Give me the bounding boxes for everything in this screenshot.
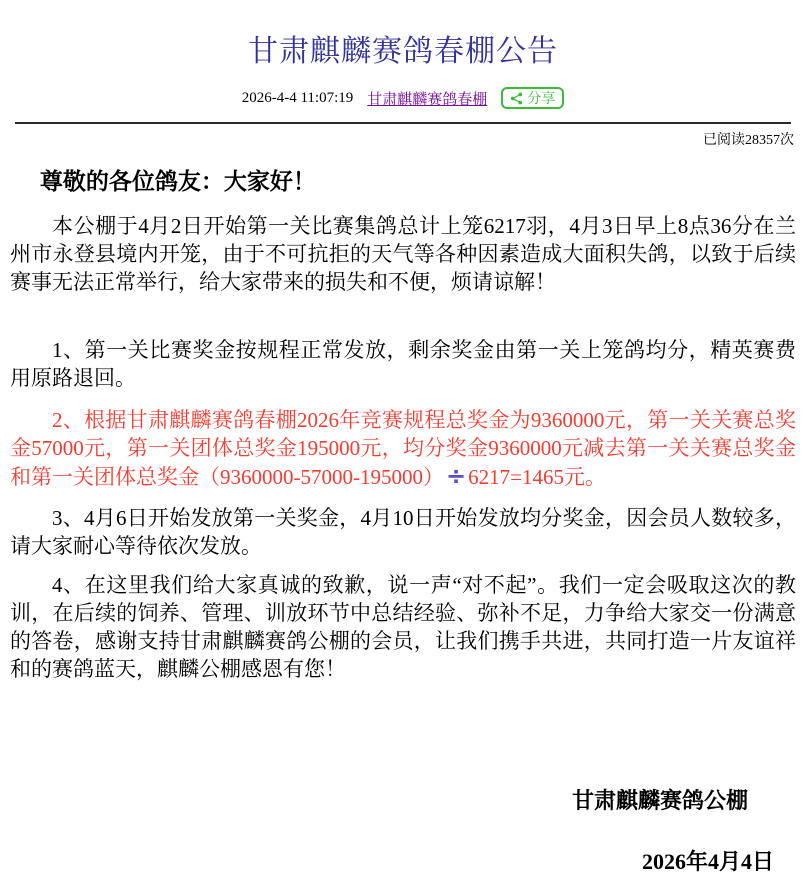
greeting: 尊敬的各位鸽友：大家好！: [10, 168, 796, 196]
share-label: 分享: [527, 90, 555, 106]
item-2-text-after: 6217=1465元。: [468, 465, 606, 489]
meta-bar: 2026-4-4 11:07:19 甘肃麒麟赛鸽春棚 分享: [0, 87, 806, 109]
read-count: 已阅读28357次: [0, 124, 806, 149]
item-2-text-before: 2、根据甘肃麒麟赛鸽春棚2026年竞赛规程总奖金为9360000元，第一关关赛总…: [10, 408, 796, 489]
post-datetime: 2026-4-4 11:07:19: [242, 90, 354, 107]
announcement-page: 甘肃麒麟赛鸽春棚公告 2026-4-4 11:07:19 甘肃麒麟赛鸽春棚: [0, 0, 806, 876]
signature: 甘肃麒麟赛鸽公棚: [10, 787, 796, 815]
paragraph-item-1: 1、第一关比赛奖金按规程正常发放，剩余奖金由第一关上笼鸽均分，精英赛费用原路退回…: [10, 336, 796, 392]
loft-link[interactable]: 甘肃麒麟赛鸽春棚: [367, 88, 487, 109]
share-alt-icon: [510, 92, 523, 105]
paragraph-item-2: 2、根据甘肃麒麟赛鸽春棚2026年竞赛规程总奖金为9360000元，第一关关赛总…: [10, 406, 796, 491]
page-title: 甘肃麒麟赛鸽春棚公告: [0, 26, 806, 70]
paragraph-item-3: 3、4月6日开始发放第一关奖金，4月10日开始发放均分奖金，因会员人数较多，请大…: [10, 504, 796, 560]
share-button[interactable]: 分享: [501, 87, 564, 109]
signature-date: 2026年4月4日: [10, 848, 796, 876]
announcement-body: 尊敬的各位鸽友：大家好！ 本公棚于4月2日开始第一关比赛集鸽总计上笼6217羽，…: [0, 168, 806, 876]
paragraph-intro: 本公棚于4月2日开始第一关比赛集鸽总计上笼6217羽，4月3日早上8点36分在兰…: [10, 212, 796, 296]
paragraph-item-4: 4、在这里我们给大家真诚的致歉，说一声“对不起”。我们一定会吸取这次的教训，在后…: [10, 571, 796, 683]
division-symbol: ÷: [444, 462, 468, 490]
